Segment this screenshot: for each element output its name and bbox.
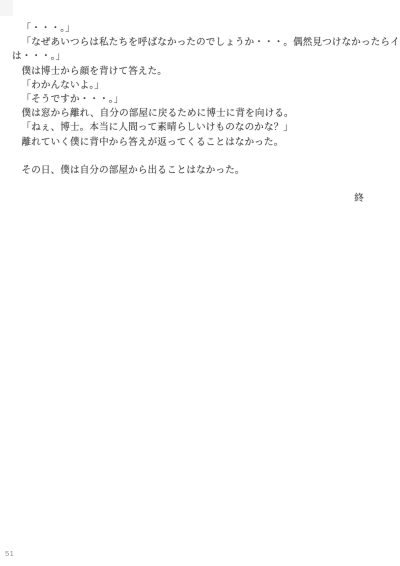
text-line: 「・・・。」 [12, 22, 380, 36]
page-number: 51 [5, 549, 14, 558]
text-line: 終 [12, 192, 380, 206]
text-line: 「なぜあいつらは私たちを呼ばなかったのでしょうか・・・。偶然見つけなかったらイエ… [12, 36, 380, 50]
text-line: は・・・。」 [12, 50, 380, 64]
document-page: 「・・・。」「なぜあいつらは私たちを呼ばなかったのでしょうか・・・。偶然見つけな… [0, 0, 400, 566]
text-line: 離れていく僕に背中から答えが返ってくることはなかった。 [12, 136, 380, 150]
text-line: その日、僕は自分の部屋から出ることはなかった。 [12, 164, 380, 178]
text-line: 「ねぇ、博士。本当に人間って素晴らしいけものなのかな？」 [12, 121, 380, 135]
text-line [12, 150, 380, 164]
text-line: 僕は博士から顔を背けて答えた。 [12, 65, 380, 79]
text-line: 「わかんないよ。」 [12, 79, 380, 93]
scan-artifact [0, 0, 13, 16]
text-line: 「そうですか・・・。」 [12, 93, 380, 107]
story-text: 「・・・。」「なぜあいつらは私たちを呼ばなかったのでしょうか・・・。偶然見つけな… [12, 22, 380, 207]
text-line: 僕は窓から離れ、自分の部屋に戻るために博士に背を向ける。 [12, 107, 380, 121]
text-line [12, 178, 380, 192]
